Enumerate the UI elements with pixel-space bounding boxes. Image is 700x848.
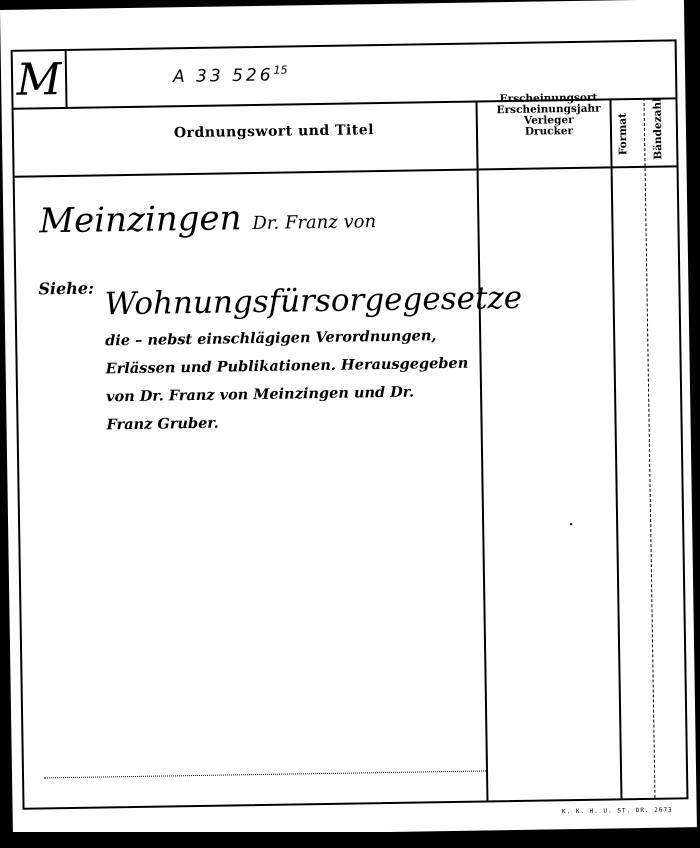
signature-superscript: 15 [273,63,287,76]
entry-description-line: Franz Gruber. [106,415,218,434]
signature-number: A 33 526 [173,65,274,87]
header-volumes-column: Bändezahl [651,100,664,160]
entry-description-line: Erlässen und Publikationen. Herausgegebe… [106,355,469,378]
header-format-column: Format [617,105,630,155]
header-printer: Drucker [484,125,614,138]
see-reference-label: Siehe: [38,279,94,299]
header-title-column: Ordnungswort und Titel [74,121,474,143]
entry-description-line: die – nebst einschlägigen Verordnungen, [105,327,436,349]
scan-speck [570,523,572,525]
footer-dotted-rule [44,770,486,778]
header-publication-column: Erscheinungsort Erscheinungsjahr Verlege… [483,92,614,138]
scan-border [0,832,700,848]
catalog-card-scan: M A 33 52615 Ordnungswort und Titel Ersc… [0,0,697,838]
entry-title: Wohnungsfürsorgegesetze [104,280,522,323]
printer-imprint: K. K. H. U. ST. DR. 2673 [562,807,673,816]
column-divider-publication [475,101,488,801]
header-bottom-rule [15,165,677,177]
column-divider-format [609,98,622,798]
entry-heading: Meinzingen Dr. Franz von [39,196,376,241]
index-letter: M [13,51,68,108]
entry-heading-name: Meinzingen [39,198,242,241]
entry-heading-suffix: Dr. Franz von [252,211,376,234]
entry-description-line: von Dr. Franz von Meinzingen und Dr. [106,384,414,406]
shelf-signature: A 33 52615 [173,63,288,86]
catalog-card: M A 33 52615 Ordnungswort und Titel Ersc… [11,39,689,809]
column-divider-volumes [643,98,655,798]
